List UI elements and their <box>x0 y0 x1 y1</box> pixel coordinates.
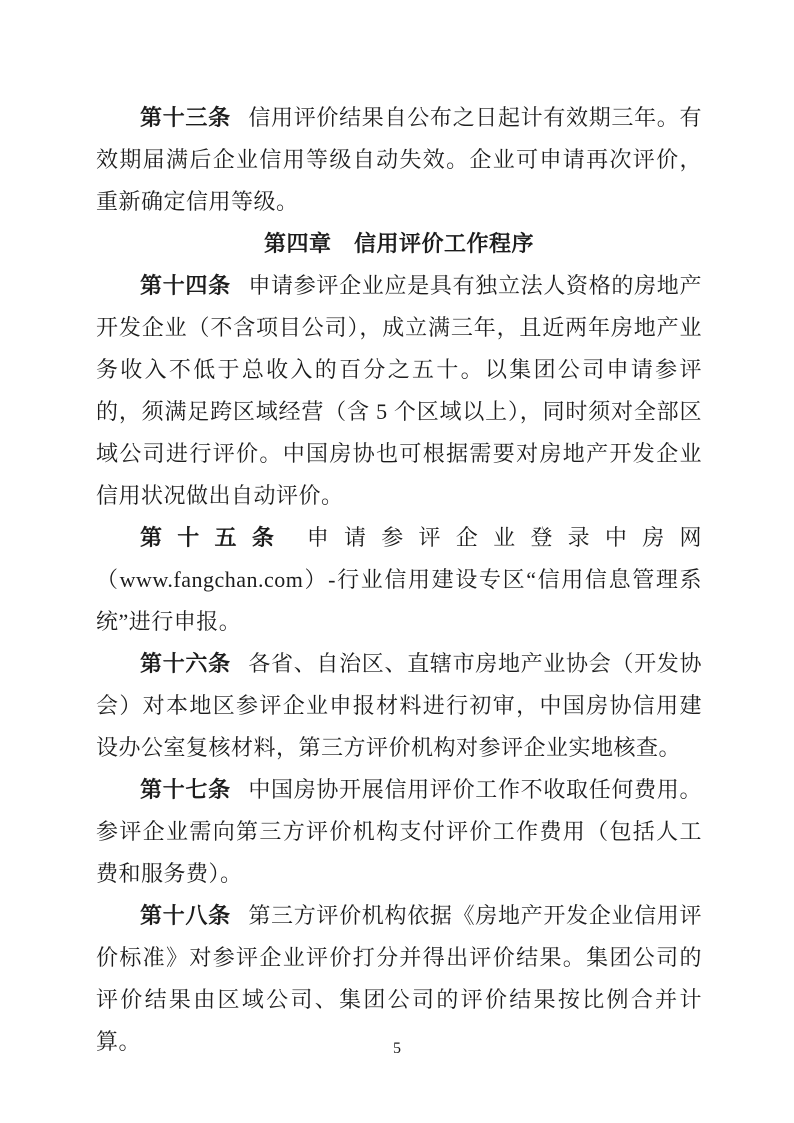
document-content: 第十三条信用评价结果自公布之日起计有效期三年。有效期届满后企业信用等级自动失效。… <box>96 97 702 1063</box>
article-number-17: 第十七条 <box>140 777 231 802</box>
article-paragraph-17: 第十七条中国房协开展信用评价工作不收取任何费用。参评企业需向第三方评价机构支付评… <box>96 769 702 895</box>
article-number-15: 第十五条 <box>140 525 289 550</box>
article-number-13: 第十三条 <box>140 105 231 130</box>
article-text-14: 申请参评企业应是具有独立法人资格的房地产开发企业（不含项目公司），成立满三年，且… <box>96 273 702 508</box>
article-paragraph-15: 第十五条申请参评企业登录中房网（www.fangchan.com）-行业信用建设… <box>96 517 702 643</box>
document-page: 第十三条信用评价结果自公布之日起计有效期三年。有效期届满后企业信用等级自动失效。… <box>0 0 794 1123</box>
chapter-heading: 第四章 信用评价工作程序 <box>96 223 702 265</box>
article-number-16: 第十六条 <box>140 651 231 676</box>
article-paragraph-13: 第十三条信用评价结果自公布之日起计有效期三年。有效期届满后企业信用等级自动失效。… <box>96 97 702 223</box>
article-number-14: 第十四条 <box>140 273 231 298</box>
article-paragraph-16: 第十六条各省、自治区、直辖市房地产业协会（开发协会）对本地区参评企业申报材料进行… <box>96 643 702 769</box>
article-number-18: 第十八条 <box>140 903 231 928</box>
article-paragraph-14: 第十四条申请参评企业应是具有独立法人资格的房地产开发企业（不含项目公司），成立满… <box>96 265 702 517</box>
page-number: 5 <box>0 1038 794 1060</box>
